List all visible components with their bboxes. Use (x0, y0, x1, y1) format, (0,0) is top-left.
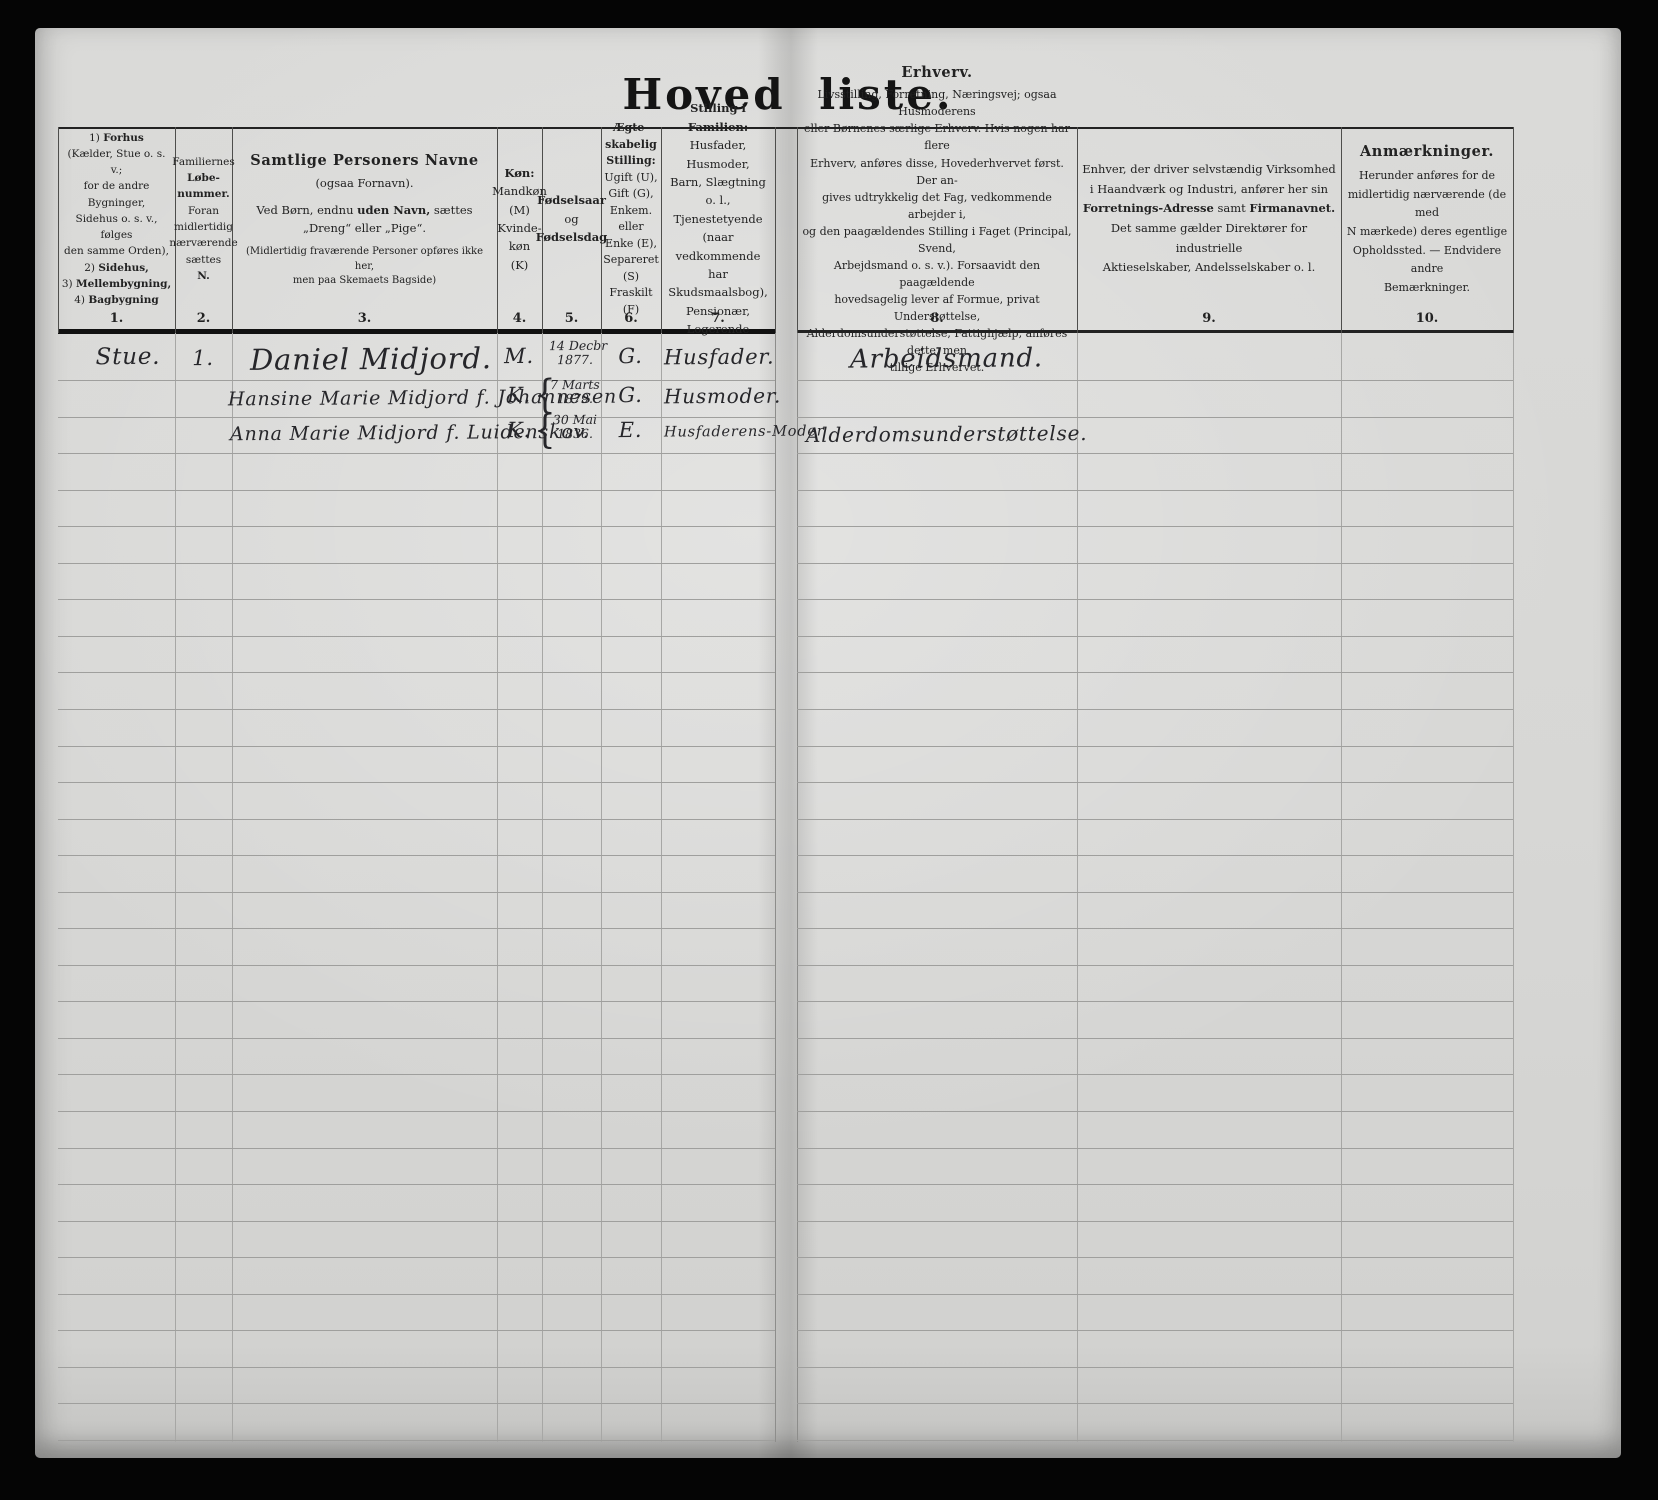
column-header-text: Mellembygning, (76, 278, 171, 290)
header-column-divider (797, 127, 798, 333)
header-column-divider (1341, 127, 1342, 333)
column-header-text: gives udtrykkelig det Fag, vedkommende a… (800, 189, 1074, 223)
ruled-row-line (58, 855, 775, 856)
column-header-text: nummer. (177, 186, 229, 202)
ruled-row-line (58, 526, 775, 527)
column-header-text: (naar vedkommende (664, 228, 772, 265)
ruled-row-line (58, 709, 775, 710)
header-column-divider (1513, 127, 1514, 333)
header-column-divider (1077, 127, 1078, 333)
entry-marital-status: E. (603, 418, 658, 442)
ruled-row-line (58, 1367, 775, 1368)
column-header-text: Tjenestetyende (673, 210, 762, 228)
column-header-5: FødselsaarogFødselsdag (545, 130, 598, 308)
ruled-row-line (58, 782, 775, 783)
column-header-text: nærværende (169, 235, 237, 251)
ruled-row-line (797, 1001, 1513, 1002)
column-header-text: 2) Sidehus, (84, 260, 149, 276)
table-top-rule (58, 127, 1513, 129)
ruled-row-line (58, 1038, 775, 1039)
body-column-divider (1513, 333, 1514, 1442)
ruled-row-line (58, 417, 775, 418)
column-header-text: 3) (62, 278, 76, 290)
ruled-row-line (797, 1403, 1513, 1404)
column-header-3: Samtlige Personers Navne(ogsaa Fornavn).… (235, 130, 494, 308)
entry-birthdate-line: 1877. (549, 353, 601, 367)
ruled-row-line (797, 563, 1513, 564)
ruled-row-line (797, 1440, 1513, 1441)
column-header-text: Ugift (U), (604, 170, 657, 187)
column-header-text: Bagbygning (88, 294, 158, 306)
ruled-row-line (797, 417, 1513, 418)
entry-building: Stue. (78, 344, 178, 371)
ruled-row-line (797, 636, 1513, 637)
column-header-text: Barn, Slægtning o. l., (664, 173, 772, 210)
column-header-text: uden Navn, (357, 203, 430, 217)
column-header-text: Ægte- (613, 120, 649, 137)
column-header-text: Separeret (603, 252, 659, 269)
body-column-divider (1341, 333, 1342, 1442)
column-number-7: 7. (661, 311, 775, 326)
entry-birthdate: 14 Decbr1877. (549, 339, 601, 367)
column-header-text: Køn: (504, 164, 534, 182)
ruled-row-line (58, 819, 775, 820)
entry-family-position: Husfader. (664, 345, 775, 370)
column-header-text: Erhverv, anføres disse, Hovederhvervet f… (800, 155, 1074, 189)
ruled-row-line (58, 1184, 775, 1185)
column-header-text: Arbejdsmand o. s. v.). Forsaavidt den pa… (800, 257, 1074, 291)
entry-birthdate: 30 Mai1836. (549, 413, 601, 441)
ruled-row-line (797, 746, 1513, 747)
ruled-row-line (797, 1038, 1513, 1039)
fold-divider (775, 333, 776, 1442)
ruled-row-line (797, 1111, 1513, 1112)
column-header-text: sættes N. (178, 252, 229, 285)
ruled-row-line (797, 709, 1513, 710)
ruled-row-line (797, 599, 1513, 600)
ruled-row-line (58, 1330, 775, 1331)
column-header-text: Det samme gælder Direktører for industri… (1080, 219, 1338, 258)
entry-occupation: Alderdomsunderstøttelse. (806, 421, 1088, 447)
column-header-text: Aktieselskaber, Andelsselskaber o. l. (1103, 258, 1315, 278)
column-number-2: 2. (175, 311, 232, 326)
ruled-row-line (797, 526, 1513, 527)
ruled-row-line (797, 855, 1513, 856)
column-header-text: Enke (E), (605, 236, 657, 253)
column-header-text: Enhver, der driver selvstændig Virksomhe… (1082, 160, 1336, 180)
body-column-divider (232, 333, 233, 1442)
column-header-text: Opholdssted. — Endvidere andre (1344, 242, 1510, 279)
column-header-text: Husfader, Husmoder, (664, 136, 772, 173)
entry-marital-status: G. (603, 383, 658, 407)
ruled-row-line (58, 1257, 775, 1258)
entry-birthdate-line: 1836. (549, 427, 601, 441)
body-column-divider (175, 333, 176, 1442)
ruled-row-line (58, 1294, 775, 1295)
column-header-1: 1) Forhus(Kælder, Stue o. s. v.;for de a… (61, 130, 172, 308)
column-header-text: sættes (186, 254, 221, 266)
ruled-row-line (58, 453, 775, 454)
ruled-row-line (797, 1294, 1513, 1295)
birthdate-brace: { (534, 407, 556, 453)
ruled-row-line (58, 672, 775, 673)
entry-family-position: Husmoder. (664, 384, 781, 409)
entry-marital-status: G. (603, 344, 658, 368)
column-header-9: Enhver, der driver selvstændig Virksomhe… (1080, 130, 1338, 308)
column-header-text: 3) Mellembygning, (62, 276, 171, 292)
column-number-1: 1. (58, 311, 175, 326)
header-column-divider (58, 127, 59, 333)
column-number-6: 6. (601, 311, 661, 326)
column-header-text: Sidehus, (98, 262, 148, 274)
ruled-row-line (797, 1330, 1513, 1331)
ruled-row-line (58, 599, 775, 600)
ruled-row-line (797, 819, 1513, 820)
scanned-census-spread: Hoved liste. 1) Forhus(Kælder, Stue o. s… (0, 0, 1658, 1500)
column-header-text: N. (197, 270, 210, 282)
column-header-text: Familiernes (172, 154, 234, 170)
ruled-row-line (58, 490, 775, 491)
body-column-divider (1077, 333, 1078, 1442)
column-header-text: skabelig (605, 137, 657, 154)
ruled-row-line (797, 1257, 1513, 1258)
ruled-row-line (58, 1403, 775, 1404)
entry-birthdate-line: 1879. (549, 392, 601, 406)
column-header-text: eller Børnenes særlige Erhverv. Hvis nog… (800, 120, 1074, 154)
column-header-text: Firmanavnet. (1249, 201, 1335, 215)
column-header-text: 2) (84, 262, 98, 274)
column-header-text: for de andre Bygninger, (61, 178, 172, 211)
column-header-10: Anmærkninger.Herunder anføres for demidl… (1344, 130, 1510, 308)
column-header-text: „Dreng“ eller „Pige“. (303, 219, 426, 237)
column-header-text: Forhus (103, 132, 144, 144)
ruled-row-line (797, 453, 1513, 454)
column-header-text: sættes (430, 203, 472, 217)
column-header-text: men paa Skemaets Bagside) (293, 274, 436, 289)
column-header-text: (Kælder, Stue o. s. v.; (61, 146, 172, 179)
column-header-text: (S) (623, 269, 639, 286)
column-header-text: Ved Børn, endnu (256, 203, 357, 217)
column-number-8: 8. (797, 311, 1077, 326)
ruled-row-line (58, 928, 775, 929)
column-header-text: i Haandværk og Industri, anfører her sin (1090, 180, 1328, 200)
column-header-text: (ogsaa Fornavn). (315, 174, 413, 192)
ruled-row-line (797, 928, 1513, 929)
column-header-text: Fødselsaar (537, 191, 606, 209)
column-header-7: Stilling i Familien:Husfader, Husmoder,B… (664, 130, 772, 308)
header-column-divider (661, 127, 662, 333)
column-header-text: 4) (74, 294, 88, 306)
column-header-text: Forretnings-Adresse (1083, 201, 1214, 215)
column-header-text: Foran (188, 203, 219, 219)
ruled-row-line (58, 1221, 775, 1222)
column-header-text: 1) (89, 132, 103, 144)
entry-name: Daniel Midjord. (250, 341, 492, 377)
column-header-text: Løbe- (187, 170, 220, 186)
column-number-9: 9. (1077, 311, 1341, 326)
column-header-text: den samme Orden), (64, 243, 169, 259)
column-header-text: køn (K) (500, 237, 539, 274)
entry-occupation: Arbeidsmand. (850, 343, 1043, 374)
column-header-text: og den paagældendes Stilling i Faget (Pr… (800, 223, 1074, 257)
column-header-text: (M) (509, 201, 530, 219)
column-header-text: Ved Børn, endnu uden Navn, sættes (256, 201, 472, 219)
ruled-row-line (797, 1367, 1513, 1368)
column-number-3: 3. (232, 311, 497, 326)
entry-family-number: 1. (178, 346, 228, 370)
ruled-row-line (58, 1148, 775, 1149)
column-header-text: Samtlige Personers Navne (250, 149, 478, 172)
ruled-row-line (797, 380, 1513, 381)
ruled-row-line (797, 1184, 1513, 1185)
column-number-10: 10. (1341, 311, 1513, 326)
column-header-text: Bemærkninger. (1384, 279, 1470, 298)
column-header-text: Livsstilling, Forretning, Næringsvej; og… (800, 86, 1074, 120)
column-header-text: Fødselsdag (536, 228, 607, 246)
ruled-row-line (797, 1221, 1513, 1222)
column-header-text: Stilling i Familien: (664, 99, 772, 136)
entry-family-position: Husfaderens-Moder (664, 423, 825, 440)
column-header-text: 4) Bagbygning (74, 292, 159, 308)
body-column-divider (601, 333, 602, 1442)
column-header-2: FamiliernesLøbe-nummer.Foranmidlertidign… (178, 130, 229, 308)
column-number-5: 5. (542, 311, 601, 326)
ruled-row-line (58, 563, 775, 564)
entry-sex: M. (498, 344, 540, 368)
ruled-row-line (58, 1001, 775, 1002)
column-header-text: og (564, 210, 578, 228)
column-header-text: Forretnings-Adresse samt Firmanavnet. (1083, 199, 1335, 219)
body-column-divider (497, 333, 498, 1442)
column-header-text: midlertidig (174, 219, 233, 235)
column-header-4: Køn:Mandkøn(M)Kvinde-køn (K) (500, 130, 539, 308)
column-header-text: Erhverv. (901, 62, 972, 84)
column-header-text: Stilling: (606, 153, 656, 170)
column-header-text: (Midlertidig fraværende Personer opføres… (235, 245, 494, 274)
body-column-divider (542, 333, 543, 1442)
column-header-text: har Skudsmaalsbog), (664, 265, 772, 302)
ruled-row-line (58, 1440, 775, 1441)
column-header-text: samt (1214, 201, 1250, 215)
ruled-row-line (797, 892, 1513, 893)
ruled-row-line (797, 490, 1513, 491)
column-header-text: 1) Forhus (89, 130, 144, 146)
column-header-text: Enkem. eller (604, 203, 658, 236)
ruled-row-line (58, 965, 775, 966)
ruled-row-line (58, 1111, 775, 1112)
header-column-divider (775, 127, 776, 333)
column-header-8: Erhverv.Livsstilling, Forretning, Næring… (800, 130, 1074, 308)
ruled-row-line (58, 1074, 775, 1075)
ruled-row-line (797, 672, 1513, 673)
ruled-row-line (797, 1148, 1513, 1149)
fold-divider (797, 333, 798, 1442)
ruled-row-line (797, 1074, 1513, 1075)
ruled-row-line (797, 965, 1513, 966)
column-header-6: Ægte-skabeligStilling:Ugift (U),Gift (G)… (604, 130, 658, 308)
column-header-text: Herunder anføres for de (1359, 167, 1495, 186)
body-column-divider (661, 333, 662, 1442)
entry-birthdate: 7 Marts1879. (549, 378, 601, 406)
column-header-text: Anmærkninger. (1360, 140, 1494, 165)
ruled-row-line (58, 746, 775, 747)
ruled-row-line (58, 636, 775, 637)
ruled-row-line (58, 892, 775, 893)
column-header-text: midlertidig nærværende (de med (1344, 186, 1510, 223)
column-header-text: N mærkede) deres egentlige (1347, 223, 1507, 242)
column-number-4: 4. (497, 311, 542, 326)
column-header-text: Gift (G), (608, 186, 653, 203)
ruled-row-line (797, 782, 1513, 783)
ruled-row-line (58, 380, 775, 381)
column-header-text: Sidehus o. s. v., følges (61, 211, 172, 244)
